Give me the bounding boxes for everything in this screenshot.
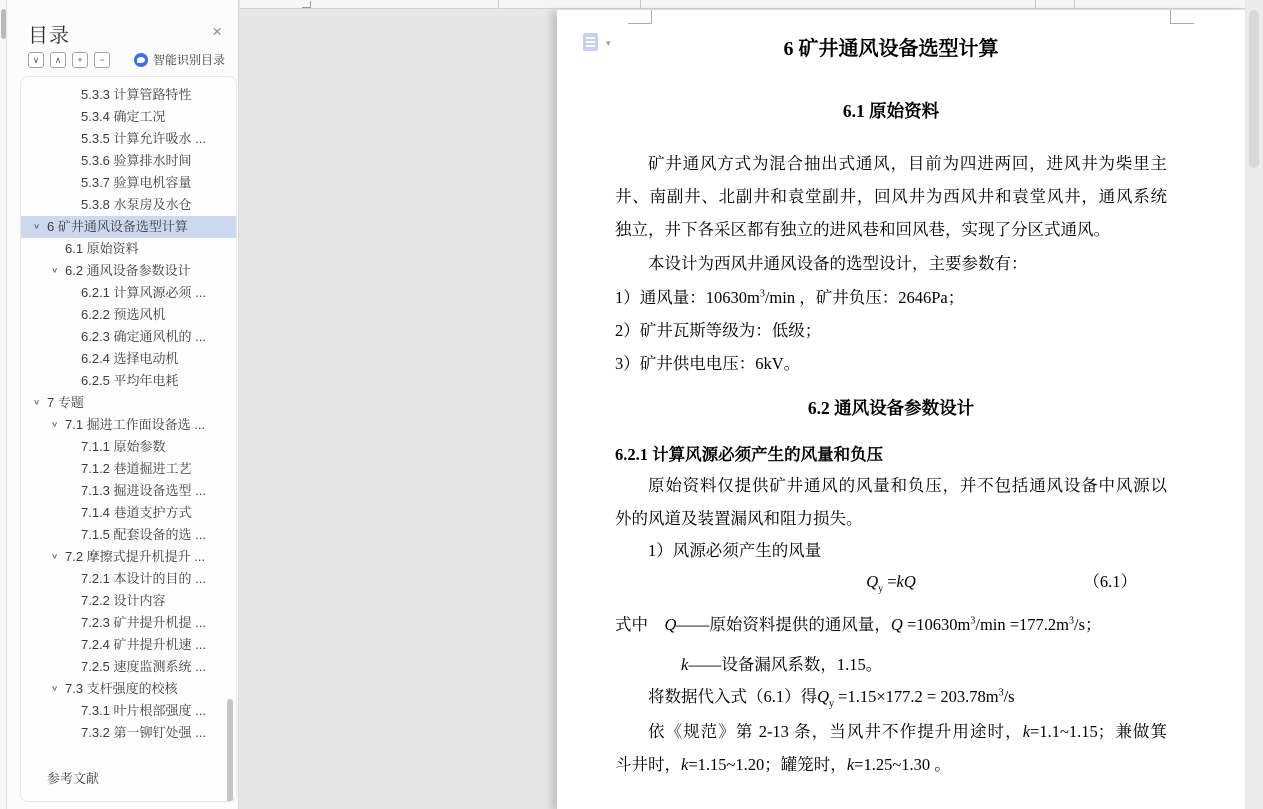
chevron-down-icon[interactable]: ∨ [33, 219, 40, 236]
toc-item-label: 5.3.3 计算管路特性 [21, 87, 192, 102]
doc-line: 3）矿井供电电压：6kV。 [615, 350, 1167, 377]
toc-container: 5.3.3 计算管路特性5.3.4 确定工况5.3.5 计算允许吸水 ...5.… [20, 76, 237, 802]
doc-line: 独立，井下各采区都有独立的进风巷和回风巷，实现了分区式通风。 [615, 216, 1167, 243]
doc-line: k——设备漏风系数，1.15。 [615, 651, 1167, 678]
paragraph-format-icon[interactable] [583, 33, 598, 51]
doc-line: 斗井时，k=1.15~1.20；罐笼时，k=1.25~1.30 。 [615, 751, 1167, 778]
toc-item[interactable]: 7.1.5 配套设备的选 ... [21, 524, 236, 546]
toc-item-label: 7.2.4 矿井提升机速 ... [21, 637, 206, 652]
chevron-down-icon[interactable]: ∨ [51, 549, 58, 566]
toc-item-label: 7.1.4 巷道支护方式 [21, 505, 192, 520]
smart-toc-icon [134, 53, 148, 67]
document-page[interactable]: ▾ 6 矿井通风设备选型计算6.1 原始资料矿井通风方式为混合抽出式通风，目前为… [557, 10, 1245, 809]
panel-collapse-handle[interactable] [1, 9, 6, 39]
toc-item[interactable]: 7.3.1 叶片根部强度 ... [21, 700, 236, 722]
table-border-tick [1035, 0, 1036, 9]
smart-toc-button[interactable]: 智能识别目录 [134, 51, 225, 68]
toc-item[interactable]: 7.1.1 原始参数 [21, 436, 236, 458]
toc-item[interactable]: ∨7.2 摩擦式提升机提升 ... [21, 546, 236, 568]
doc-heading-6-2: 6.2 通风设备参数设计 [615, 395, 1167, 422]
toc-item[interactable]: ∨7 专题 [21, 392, 236, 414]
toc-item-label: 7.2.2 设计内容 [21, 593, 166, 608]
document-scrollbar-track[interactable] [1246, 0, 1263, 809]
toc-sidebar: 目录 × ∨ ∧ + − 智能识别目录 5.3.3 计算管路特性5.3.4 确定… [7, 0, 239, 809]
toc-item-label: 6.2.1 计算风源必须 ... [21, 285, 206, 300]
toc-item-label: 6.2.2 预选风机 [21, 307, 166, 322]
toc-item[interactable]: 7.1.4 巷道支护方式 [21, 502, 236, 524]
toc-item-label: 7.2.3 矿井提升机提 ... [21, 615, 206, 630]
toc-item[interactable]: 6.2.2 预选风机 [21, 304, 236, 326]
toc-item[interactable]: 5.3.7 验算电机容量 [21, 172, 236, 194]
toc-item-label: 7.1.3 掘进设备选型 ... [21, 483, 206, 498]
doc-line: 矿井通风方式为混合抽出式通风，目前为四进两回，进风井为柴里主 [615, 150, 1167, 177]
toc-panel-title: 目录 [28, 19, 70, 48]
page-margin-mark [302, 1, 311, 8]
toc-item-label: 7.3 支杆强度的校核 [21, 681, 178, 696]
doc-line: 1）通风量：10630m3/min ，矿井负压：2646Pa； [615, 284, 1167, 311]
formula-number: （6.1） [1083, 568, 1137, 595]
chevron-down-icon[interactable]: ∨ [33, 395, 40, 412]
table-border-tick [1074, 0, 1075, 9]
toc-item[interactable]: 7.2.2 设计内容 [21, 590, 236, 612]
toc-item[interactable]: 6.2.5 平均年电耗 [21, 370, 236, 392]
toc-item-label: 6.2.3 确定通风机的 ... [21, 329, 206, 344]
toc-item[interactable]: 5.3.3 计算管路特性 [21, 84, 236, 106]
toc-item-label: 6 矿井通风设备选型计算 [21, 219, 188, 234]
expand-all-button[interactable]: + [72, 52, 88, 68]
toc-item-label: 7 专题 [21, 395, 84, 410]
toc-item-label: 参考文献 [21, 771, 99, 786]
toc-item[interactable]: 7.2.1 本设计的目的 ... [21, 568, 236, 590]
margin-crop-mark-right [1170, 10, 1194, 24]
toc-item-label: 7.2.5 速度监测系统 ... [21, 659, 206, 674]
toc-item[interactable]: ∨7.1 掘进工作面设备选 ... [21, 414, 236, 436]
doc-line: 井、南副井、北副井和袁堂副井，回风井为西风井和袁堂风井，通风系统 [615, 183, 1167, 210]
doc-heading-6-2-1: 6.2.1 计算风源必须产生的风量和负压 [615, 441, 1167, 468]
expand-level-button[interactable]: ∨ [28, 52, 44, 68]
toc-item[interactable]: 6.1 原始资料 [21, 238, 236, 260]
toc-item-label: 5.3.5 计算允许吸水 ... [21, 131, 206, 146]
toc-item[interactable]: 5.3.6 验算排水时间 [21, 150, 236, 172]
toc-item-label: 7.1 掘进工作面设备选 ... [21, 417, 205, 432]
toc-item-label: 6.2.4 选择电动机 [21, 351, 179, 366]
doc-line: 1）风源必须产生的风量 [615, 537, 1167, 564]
toc-toolbar: ∨ ∧ + − 智能识别目录 [28, 51, 225, 68]
toc-item-label: 7.3.2 第一铆钉处强 ... [21, 725, 206, 740]
toc-item[interactable]: 参考文献 [21, 768, 236, 790]
doc-line: 外的风道及装置漏风和阻力损失。 [615, 505, 1167, 532]
toc-item-label: 7.1.5 配套设备的选 ... [21, 527, 206, 542]
previous-page-sliver [240, 0, 1245, 9]
formula-6-1: Qy =kQ（6.1） [615, 568, 1167, 595]
toc-item[interactable]: 5.3.8 水泵房及水仓 [21, 194, 236, 216]
toc-item-label: 6.2 通风设备参数设计 [21, 263, 191, 278]
toc-item[interactable]: 5.3.4 确定工况 [21, 106, 236, 128]
panel-edge-strip [0, 0, 7, 809]
chevron-down-icon[interactable]: ∨ [51, 417, 58, 434]
toc-scrollbar-thumb[interactable] [227, 699, 233, 802]
toc-item[interactable]: 7.3.2 第一铆钉处强 ... [21, 722, 236, 744]
chevron-down-icon[interactable]: ▾ [606, 38, 611, 49]
toc-list: 5.3.3 计算管路特性5.3.4 确定工况5.3.5 计算允许吸水 ...5.… [21, 84, 236, 790]
doc-title: 6 矿井通风设备选型计算 [615, 36, 1167, 63]
toc-item[interactable]: 7.1.3 掘进设备选型 ... [21, 480, 236, 502]
toc-item-label: 7.1.2 巷道掘进工艺 [21, 461, 192, 476]
toc-item-label: 5.3.7 验算电机容量 [21, 175, 192, 190]
doc-heading-6-1: 6.1 原始资料 [615, 98, 1167, 125]
toc-item[interactable]: 7.2.3 矿井提升机提 ... [21, 612, 236, 634]
chevron-down-icon[interactable]: ∨ [51, 263, 58, 280]
doc-line: 依《规范》第 2-13 条，当风井不作提升用途时，k=1.1~1.15；兼做箕 [615, 718, 1167, 745]
toc-item-label: 6.1 原始资料 [21, 241, 139, 256]
collapse-level-button[interactable]: ∧ [50, 52, 66, 68]
doc-line: 式中 Q——原始资料提供的通风量，Q =10630m3/min =177.2m3… [615, 611, 1167, 638]
toc-item[interactable]: 6.2.3 确定通风机的 ... [21, 326, 236, 348]
toc-item-label: 6.2.5 平均年电耗 [21, 373, 179, 388]
toc-item[interactable]: 6.2.1 计算风源必须 ... [21, 282, 236, 304]
doc-line: 本设计为西风井通风设备的选型设计，主要参数有： [615, 250, 1167, 277]
toc-item-label: 7.2.1 本设计的目的 ... [21, 571, 206, 586]
toc-item-label: 7.2 摩擦式提升机提升 ... [21, 549, 205, 564]
toc-item-label: 7.3.1 叶片根部强度 ... [21, 703, 206, 718]
toc-item[interactable]: ∨6 矿井通风设备选型计算 [21, 216, 236, 238]
table-border-tick [640, 0, 641, 9]
doc-line: 将数据代入式（6.1）得Qy =1.15×177.2 = 203.78m3/s [615, 683, 1167, 710]
close-icon[interactable]: × [212, 23, 222, 40]
toc-item[interactable]: 7.1.2 巷道掘进工艺 [21, 458, 236, 480]
doc-line: 原始资料仅提供矿井通风的风量和负压，并不包括通风设备中风源以 [615, 472, 1167, 499]
toc-item-label: 7.1.1 原始参数 [21, 439, 166, 454]
toc-item[interactable]: ∨7.3 支杆强度的校核 [21, 678, 236, 700]
toc-item[interactable]: 7.2.4 矿井提升机速 ... [21, 634, 236, 656]
toc-item[interactable]: 7.2.5 速度监测系统 ... [21, 656, 236, 678]
toc-item[interactable]: 5.3.5 计算允许吸水 ... [21, 128, 236, 150]
toc-item[interactable]: 6.2.4 选择电动机 [21, 348, 236, 370]
toc-item-label: 5.3.4 确定工况 [21, 109, 166, 124]
margin-crop-mark-left [628, 10, 652, 24]
toc-item[interactable]: ∨6.2 通风设备参数设计 [21, 260, 236, 282]
smart-toc-label: 智能识别目录 [153, 51, 225, 68]
table-border-tick [498, 0, 499, 9]
toc-item-label: 5.3.6 验算排水时间 [21, 153, 192, 168]
chevron-down-icon[interactable]: ∨ [51, 681, 58, 698]
doc-line: 2）矿井瓦斯等级为：低级； [615, 317, 1167, 344]
toc-item-label: 5.3.8 水泵房及水仓 [21, 197, 192, 212]
document-scrollbar-thumb[interactable] [1249, 10, 1259, 168]
collapse-all-button[interactable]: − [94, 52, 110, 68]
